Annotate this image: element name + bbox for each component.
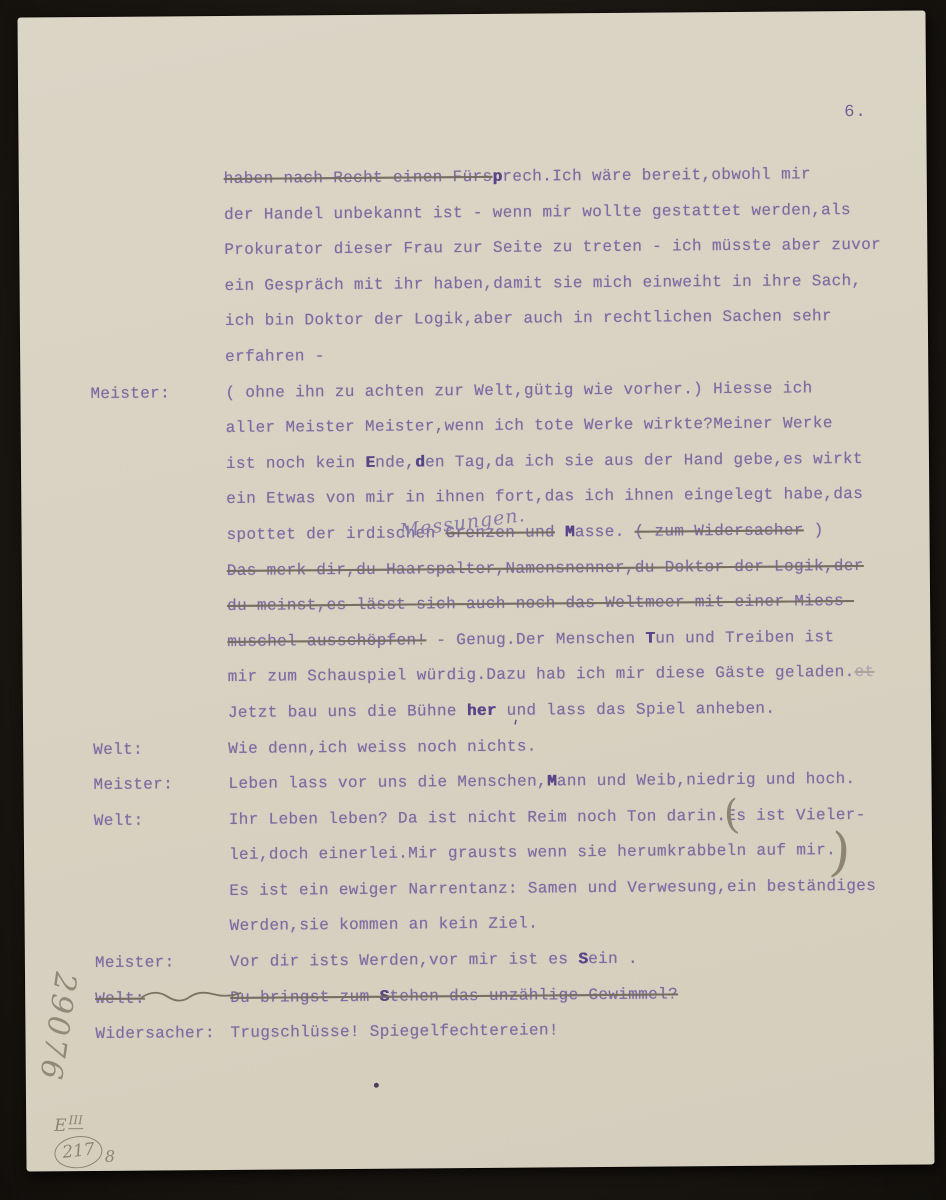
text-segment: Jetzt bau uns die Bühne <box>228 702 467 722</box>
text-segment: ( ohne ihn zu achten zur Welt,gütig wie … <box>225 379 812 402</box>
text-segment: Es ist ein ewiger Narrentanz: Samen und … <box>229 877 876 900</box>
text-segment: asse. <box>575 523 635 541</box>
script-lines: haben nach Recht einen Fürsprech.Ich wär… <box>19 156 934 1053</box>
text-segment: Leben lass vor uns die Menschen, <box>228 773 547 794</box>
line-text: Es ist ein ewiger Narrentanz: Samen und … <box>229 869 876 910</box>
text-segment: Vor dir ists Werden,vor mir ist es <box>230 950 578 971</box>
text-segment: ist noch kein <box>226 454 365 473</box>
text-segment: aller Meister Meister,wenn ich tote Werk… <box>226 414 833 437</box>
archive-suffix: 8 <box>105 1147 115 1166</box>
text-segment: muschel ausschöpfen! <box>227 631 426 651</box>
line-text: aller Meister Meister,wenn ich tote Werk… <box>226 406 833 446</box>
speaker-label: Meister: <box>90 376 170 412</box>
text-segment: E <box>365 454 375 472</box>
text-segment: Prokurator dieser Frau zur Seite zu tret… <box>224 236 881 259</box>
line-text: ist noch kein Ende,den Tag,da ich sie au… <box>226 442 863 483</box>
line-text: mir zum Schauspiel würdig.Dazu hab ich m… <box>228 655 875 696</box>
line-text: ich bin Doktor der Logik,aber auch in re… <box>225 300 832 340</box>
text-segment: T <box>645 629 655 647</box>
text-segment: S <box>578 950 588 968</box>
archive-letter: E <box>54 1116 67 1136</box>
line-text: Jetzt bau uns die Bühne her und lass das… <box>228 692 776 732</box>
text-segment: S <box>379 987 389 1005</box>
speaker-label: Welt: <box>93 732 143 768</box>
text-segment: p <box>492 168 502 186</box>
line-text: haben nach Recht einen Fürsprech.Ich wär… <box>224 157 811 197</box>
line-text: Prokurator dieser Frau zur Seite zu tret… <box>224 228 881 269</box>
archive-circled-number: 217 <box>53 1133 105 1170</box>
scan-background: 6. haben nach Recht einen Fürsprech.Ich … <box>0 0 946 1200</box>
text-segment: ann und Weib,niedrig und hoch. <box>557 770 856 790</box>
speaker-label: Widersacher: <box>95 1016 215 1053</box>
text-segment: haben nach Recht einen Fürs <box>224 168 493 188</box>
text-segment: - Genug.Der Menschen <box>426 629 645 649</box>
wavy-strike-line <box>141 990 241 1009</box>
archive-numeral: III <box>69 1113 83 1129</box>
text-segment: Das merk dir,du Haarspalter,Namensnenner… <box>227 556 864 579</box>
line-text: du meinst,es lässt sich auch noch das We… <box>227 584 854 625</box>
line-text: Ihr Leben leben? Da ist nicht Reim noch … <box>229 798 866 839</box>
page-number: 6. <box>844 103 867 122</box>
text-segment: ich bin Doktor der Logik,aber auch in re… <box>225 308 832 331</box>
text-segment: lei,doch einerlei.Mir grausts wenn sie h… <box>229 841 836 864</box>
line-text: muschel ausschöpfen! - Genug.Der Mensche… <box>227 620 834 660</box>
text-segment: du meinst,es lässt sich auch noch das We… <box>227 592 854 615</box>
stray-ink-dot <box>374 1083 379 1088</box>
text-segment: Trugschlüsse! Spiegelfechtereien! <box>230 1022 559 1043</box>
text-segment: rech.Ich wäre bereit,obwohl mir <box>502 165 811 185</box>
text-segment: mir zum Schauspiel würdig.Dazu hab ich m… <box>228 663 855 686</box>
line-text: Vor dir ists Werden,vor mir ist es Sein … <box>230 942 638 981</box>
text-segment: M <box>565 523 575 541</box>
text-segment: tehen das unzählige Gewimmel? <box>389 985 678 1005</box>
speaker-label: Welt: <box>95 981 145 1017</box>
line-text: der Handel unbekannt ist - wenn mir woll… <box>224 193 851 234</box>
text-segment: Du bringst zum <box>230 987 379 1006</box>
speaker-label: Meister: <box>93 767 173 803</box>
document-page: 6. haben nach Recht einen Fürsprech.Ich … <box>17 10 934 1171</box>
text-segment: der Handel unbekannt ist - wenn mir woll… <box>224 201 851 224</box>
line-text: ( ohne ihn zu achten zur Welt,gütig wie … <box>225 371 812 411</box>
text-segment: Ihr Leben leben? Da ist nicht Reim noch … <box>229 806 866 829</box>
line-text: ein Etwas von mir in ihnen fort,das ich … <box>226 477 863 518</box>
text-segment: her <box>467 702 497 720</box>
text-segment <box>555 523 565 541</box>
line-text: Wie denn,ich weiss noch nichts. <box>228 729 537 767</box>
line-text: Trugschlüsse! Spiegelfechtereien! <box>230 1014 559 1052</box>
line-text: ein Gespräch mit ihr haben,damit sie mic… <box>224 264 861 305</box>
text-segment: und lass das Spiel anheben. <box>497 700 776 720</box>
text-segment: Wie denn,ich weiss noch nichts. <box>228 737 537 757</box>
text-segment: ein . <box>588 950 638 968</box>
line-text: Werden,sie kommen an kein Ziel. <box>229 907 538 945</box>
text-segment: d <box>415 453 425 471</box>
archive-mark: EIII 2178 <box>54 1113 113 1168</box>
speaker-label: Meister: <box>95 945 175 981</box>
line-text: lei,doch einerlei.Mir grausts wenn sie h… <box>229 833 836 873</box>
text-segment: ) <box>804 521 824 539</box>
line-text: Leben lass vor uns die Menschen,Mann und… <box>228 762 855 803</box>
text-segment: et <box>855 663 875 681</box>
line-text: erfahren - <box>225 339 325 375</box>
line-text: Das merk dir,du Haarspalter,Namensnenner… <box>227 548 864 589</box>
text-segment: erfahren - <box>225 347 325 366</box>
text-segment: ein Etwas von mir in ihnen fort,das ich … <box>226 485 863 508</box>
text-segment: nde, <box>375 453 415 471</box>
script-line: Widersacher:Trugschlüsse! Spiegelfechter… <box>25 1011 933 1054</box>
text-segment: Werden,sie kommen an kein Ziel. <box>230 915 539 935</box>
text-segment: un und Treiben ist <box>655 628 834 647</box>
line-text: Du bringst zum Stehen das unzählige Gewi… <box>230 977 678 1016</box>
speaker-label: Welt: <box>94 803 144 839</box>
text-segment: en Tag,da ich sie aus der Hand gebe,es w… <box>425 450 863 471</box>
text-segment: ein Gespräch mit ihr haben,damit sie mic… <box>225 272 862 295</box>
text-segment: ( zum Widersacher <box>634 521 803 540</box>
